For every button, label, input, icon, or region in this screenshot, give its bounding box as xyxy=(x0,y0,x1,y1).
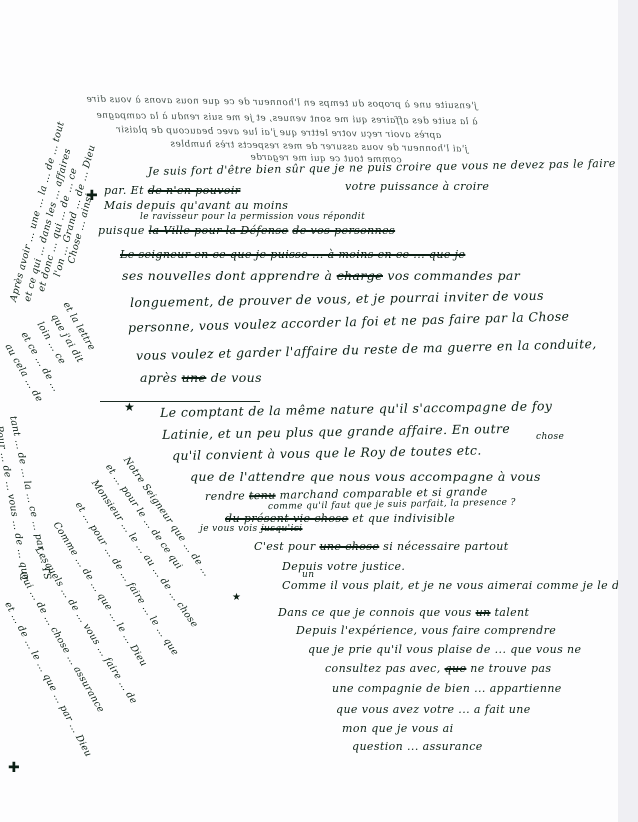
bleed-through-line: après avoir reçu votre lettre que j'ai l… xyxy=(116,125,441,141)
struck-text: charge xyxy=(337,268,383,283)
struck-text: de vos personnes xyxy=(292,224,395,237)
text-line: ses nouvelles dont apprendre à charge vo… xyxy=(122,268,520,283)
text-line: Depuis l'expérience, vous faire comprend… xyxy=(296,624,556,637)
text-fragment: Dans ce que je connois que vous xyxy=(278,606,472,619)
text-line: Latinie, et un peu plus que grande affai… xyxy=(162,421,510,442)
struck-text: que xyxy=(445,662,467,675)
interlinear-insert: le ravisseur pour la permission vous rép… xyxy=(140,212,365,222)
struck-text: une xyxy=(182,370,207,385)
text-fragment: consultez pas avec, xyxy=(325,662,441,675)
text-fragment: si nécessaire partout xyxy=(383,540,508,553)
bleed-through-line: j'ensuite une à propos du temps en l'hon… xyxy=(86,95,477,112)
struck-text: une chose xyxy=(319,540,379,553)
struck-text: tenu xyxy=(249,489,276,502)
text-fragment: de vous xyxy=(211,370,262,385)
star-mark-icon: ★ xyxy=(124,400,135,414)
manuscript-page: j'ensuite une à propos du temps en l'hon… xyxy=(0,0,618,822)
text-line: Depuis votre justice. xyxy=(282,560,405,573)
text-fragment: rendre xyxy=(205,489,245,503)
text-line: puisque la Ville pour la Défense de vos … xyxy=(98,224,395,237)
text-line: Je suis fort d'être bien sûr que je ne p… xyxy=(148,157,616,178)
struck-text: un xyxy=(476,606,491,619)
struck-line: Le seigneur en ce que je puisse ... à mo… xyxy=(120,248,465,261)
text-fragment: vos commandes par xyxy=(387,268,520,283)
bleed-through-line: j'ai l'honneur de vous assurer de mes re… xyxy=(170,139,468,154)
text-fragment: je vous vois xyxy=(200,524,258,534)
struck-text: de n'en pouvoir xyxy=(148,184,241,197)
text-fragment: après xyxy=(140,370,177,385)
cross-mark-icon: ✚ xyxy=(8,760,20,776)
text-line: mon que je vous ai xyxy=(342,722,454,735)
text-fragment: qu'il convient à vous xyxy=(172,446,311,463)
text-line: par. Et de n'en pouvoir xyxy=(104,184,240,197)
text-line: que je prie qu'il vous plaise de ... que… xyxy=(308,643,581,656)
text-line: consultez pas avec, que ne trouve pas xyxy=(325,662,551,675)
text-line: longuement, de prouver de vous, et je po… xyxy=(130,288,544,310)
text-line: qu'il convient à vous que le Roy de tout… xyxy=(172,443,482,463)
page-edge xyxy=(618,0,638,822)
text-fragment: ne trouve pas xyxy=(470,662,551,675)
text-fragment: ses nouvelles dont apprendre à xyxy=(122,268,332,283)
text-line: que de l'attendre que nous vous accompag… xyxy=(190,469,541,484)
struck-text: jusqu'ici xyxy=(261,524,303,534)
text-line: personne, vous voulez accorder la foi et… xyxy=(128,308,570,335)
text-line: Comme il vous plait, et je ne vous aimer… xyxy=(282,579,618,592)
text-line: question ... assurance xyxy=(352,740,483,753)
text-fragment: C'est pour xyxy=(254,540,316,553)
cross-mark-icon: ✚ xyxy=(86,188,98,204)
text-line: que vous avez votre ... a fait une xyxy=(336,703,531,716)
text-line: je vous vois jusqu'ici xyxy=(200,524,302,534)
star-mark-icon: ★ xyxy=(232,592,241,603)
text-fragment: que le Roy de toutes etc. xyxy=(315,443,482,461)
text-fragment: par. Et xyxy=(104,184,144,197)
text-line: Mais depuis qu'avant au moins xyxy=(104,199,288,212)
text-fragment: talent xyxy=(494,606,529,619)
struck-text: la Ville pour la Défense xyxy=(149,224,289,237)
interlinear-insert: chose xyxy=(536,432,564,442)
interlinear-insert: votre puissance à croire xyxy=(345,180,489,193)
text-line: Dans ce que je connois que vous un talen… xyxy=(278,606,529,619)
text-line: C'est pour une chose si nécessaire parto… xyxy=(254,540,509,553)
text-fragment: et que indivisible xyxy=(352,512,455,525)
text-line: après une de vous xyxy=(140,370,262,385)
text-line: une compagnie de bien ... appartienne xyxy=(332,682,562,695)
text-fragment: puisque xyxy=(98,224,145,237)
text-line: vous voulez et garder l'affaire du reste… xyxy=(136,336,597,363)
